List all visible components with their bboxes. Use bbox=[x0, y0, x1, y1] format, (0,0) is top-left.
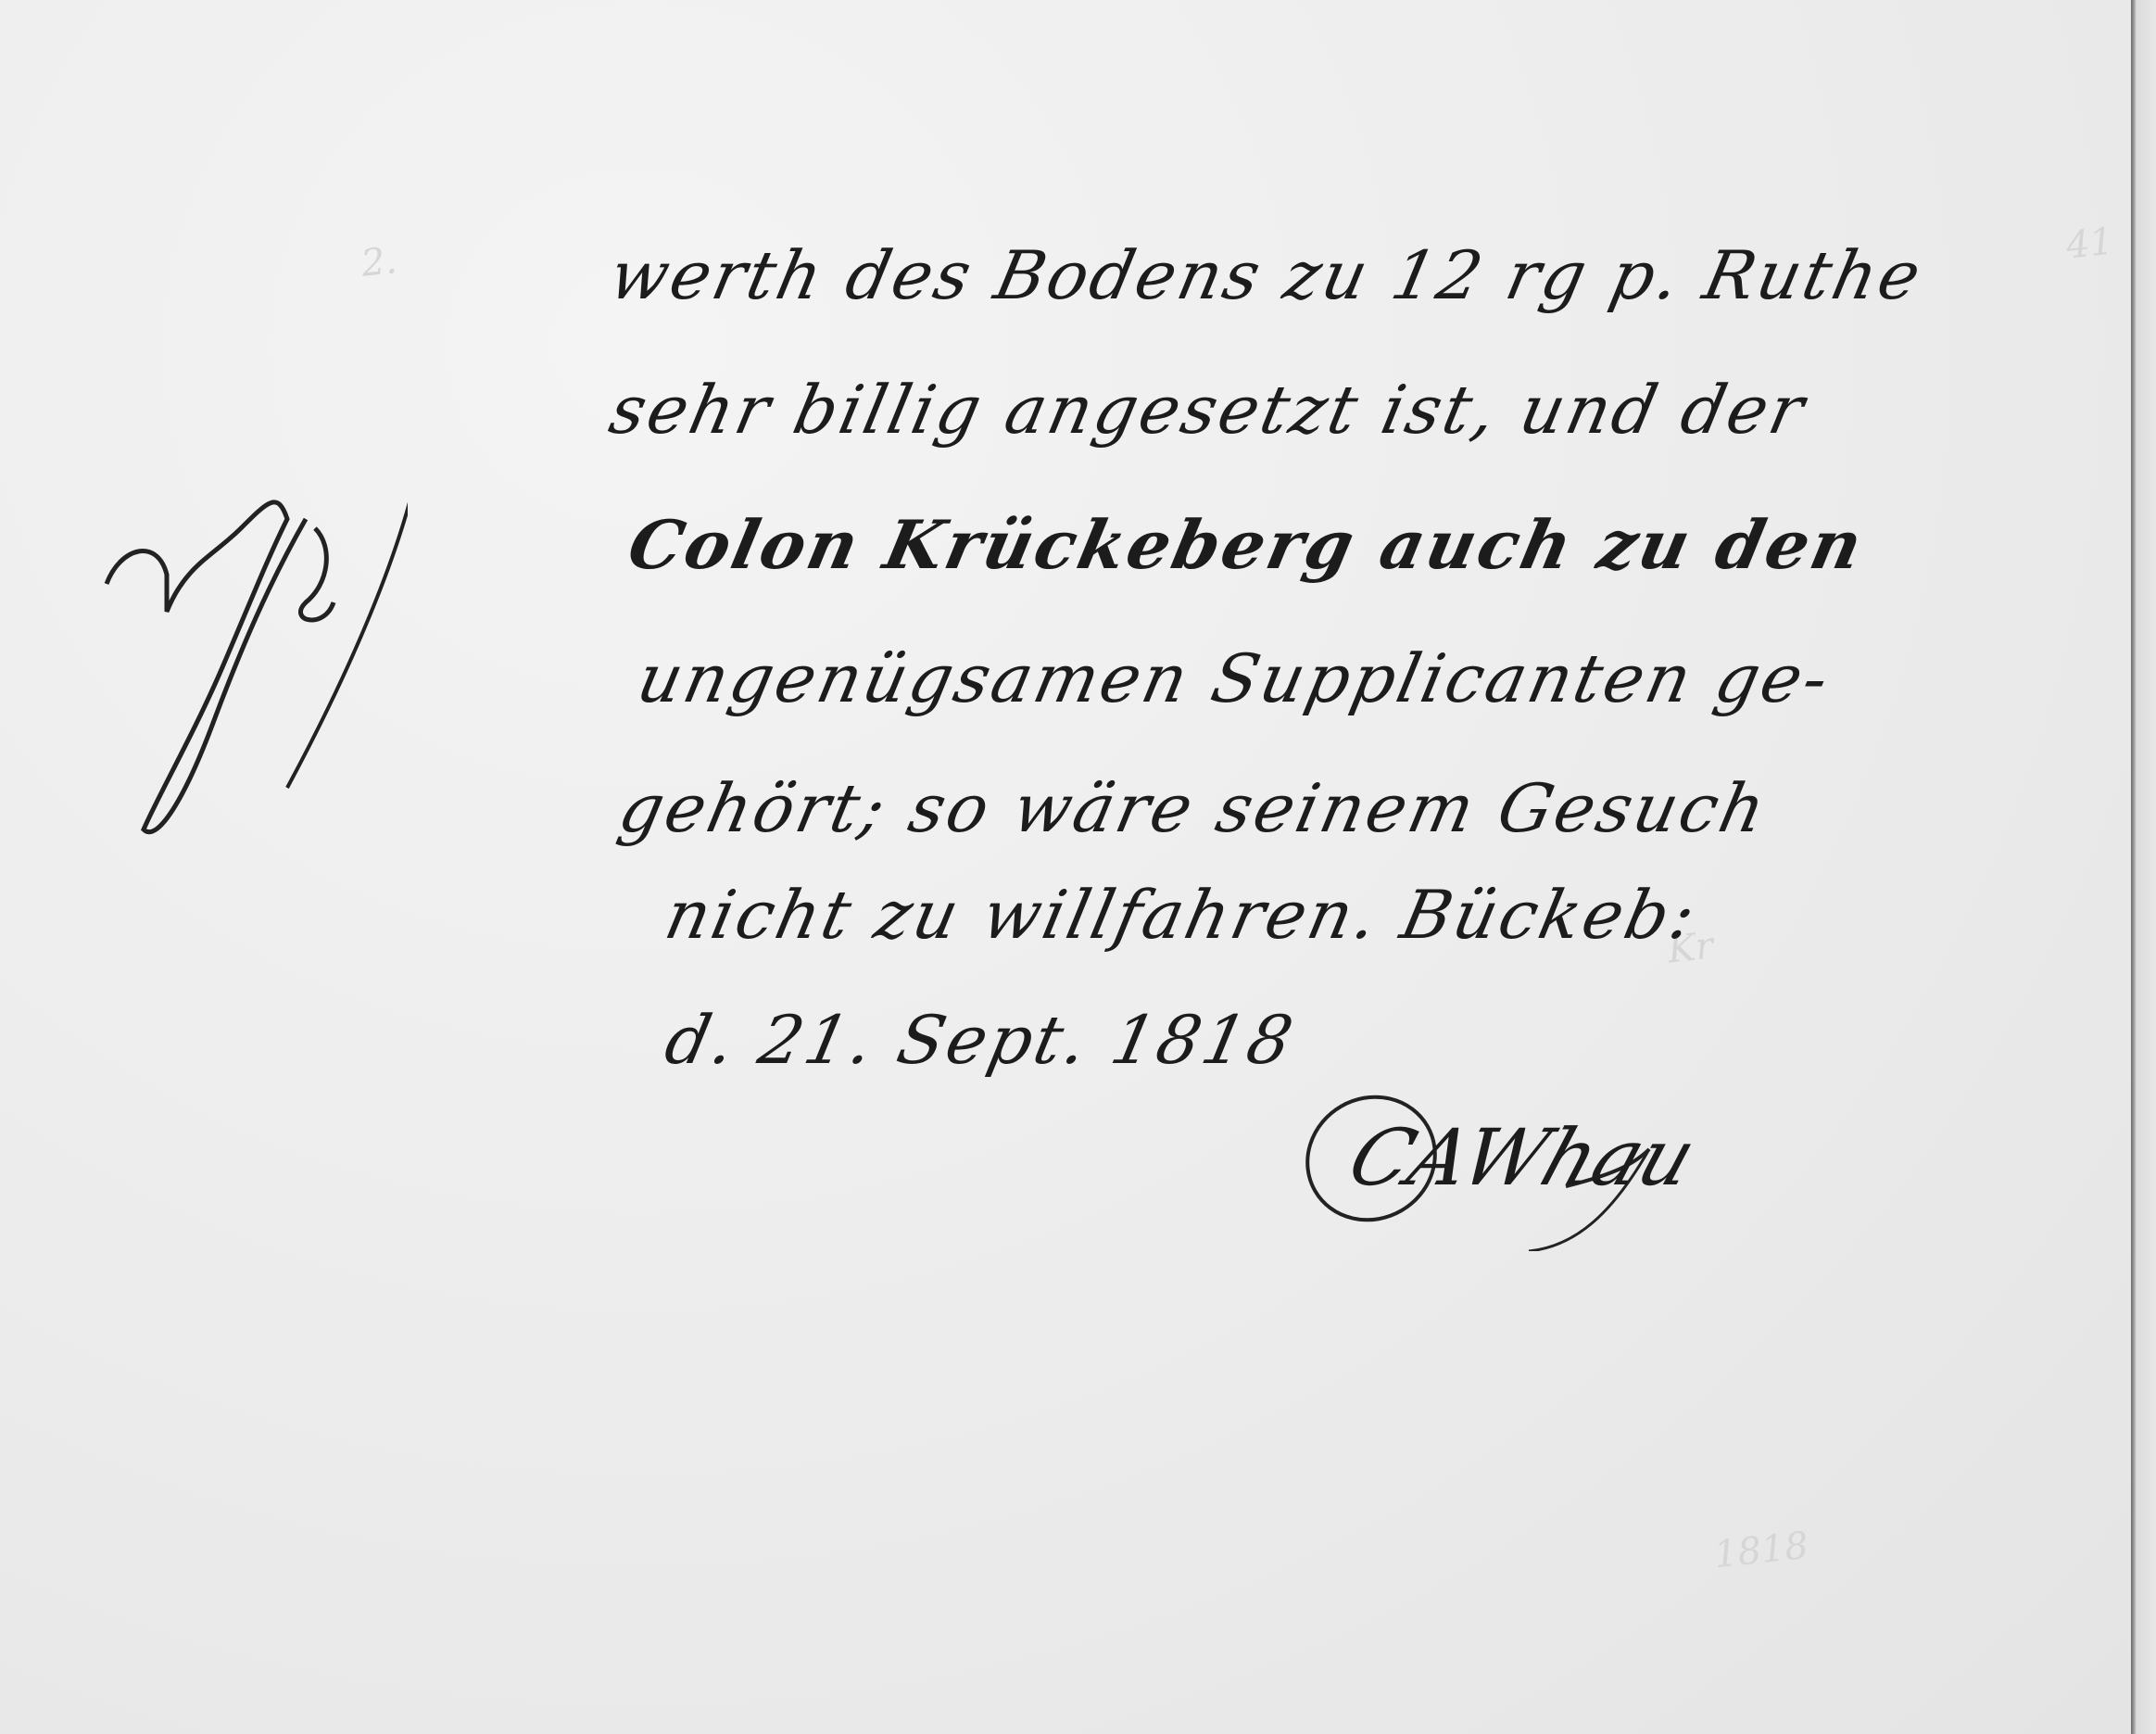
text-line-4: ungenügsamen Supplicanten ge- bbox=[631, 639, 1838, 717]
text-line-2: sehr billig angesetzt ist, und der bbox=[603, 371, 1813, 449]
page-edge bbox=[2131, 0, 2156, 1734]
text-line-5: gehört; so wäre seinem Gesuch bbox=[612, 769, 1774, 847]
text-line-3: Colon Krückeberg auch zu den bbox=[622, 505, 1872, 584]
signature: CAWhau bbox=[1288, 1075, 1677, 1251]
margin-paraph-icon bbox=[102, 445, 408, 843]
bleed-through-text: 1818 bbox=[1712, 1525, 1810, 1576]
text-line-7: d. 21. Sept. 1818 bbox=[659, 1001, 1302, 1079]
bleed-through-text: 2. bbox=[359, 239, 399, 285]
document-page: 41 2. Kr 1818 werth des Bodens zu 12 rg … bbox=[0, 0, 2131, 1734]
text-line-1: werth des Bodens zu 12 rg p. Ruthe bbox=[603, 236, 1930, 314]
bleed-through-text: 41 bbox=[2064, 220, 2115, 267]
text-line-6: nicht zu willfahren. Bückeb: bbox=[659, 876, 1705, 954]
signature-text: CAWhau bbox=[1338, 1112, 1707, 1203]
